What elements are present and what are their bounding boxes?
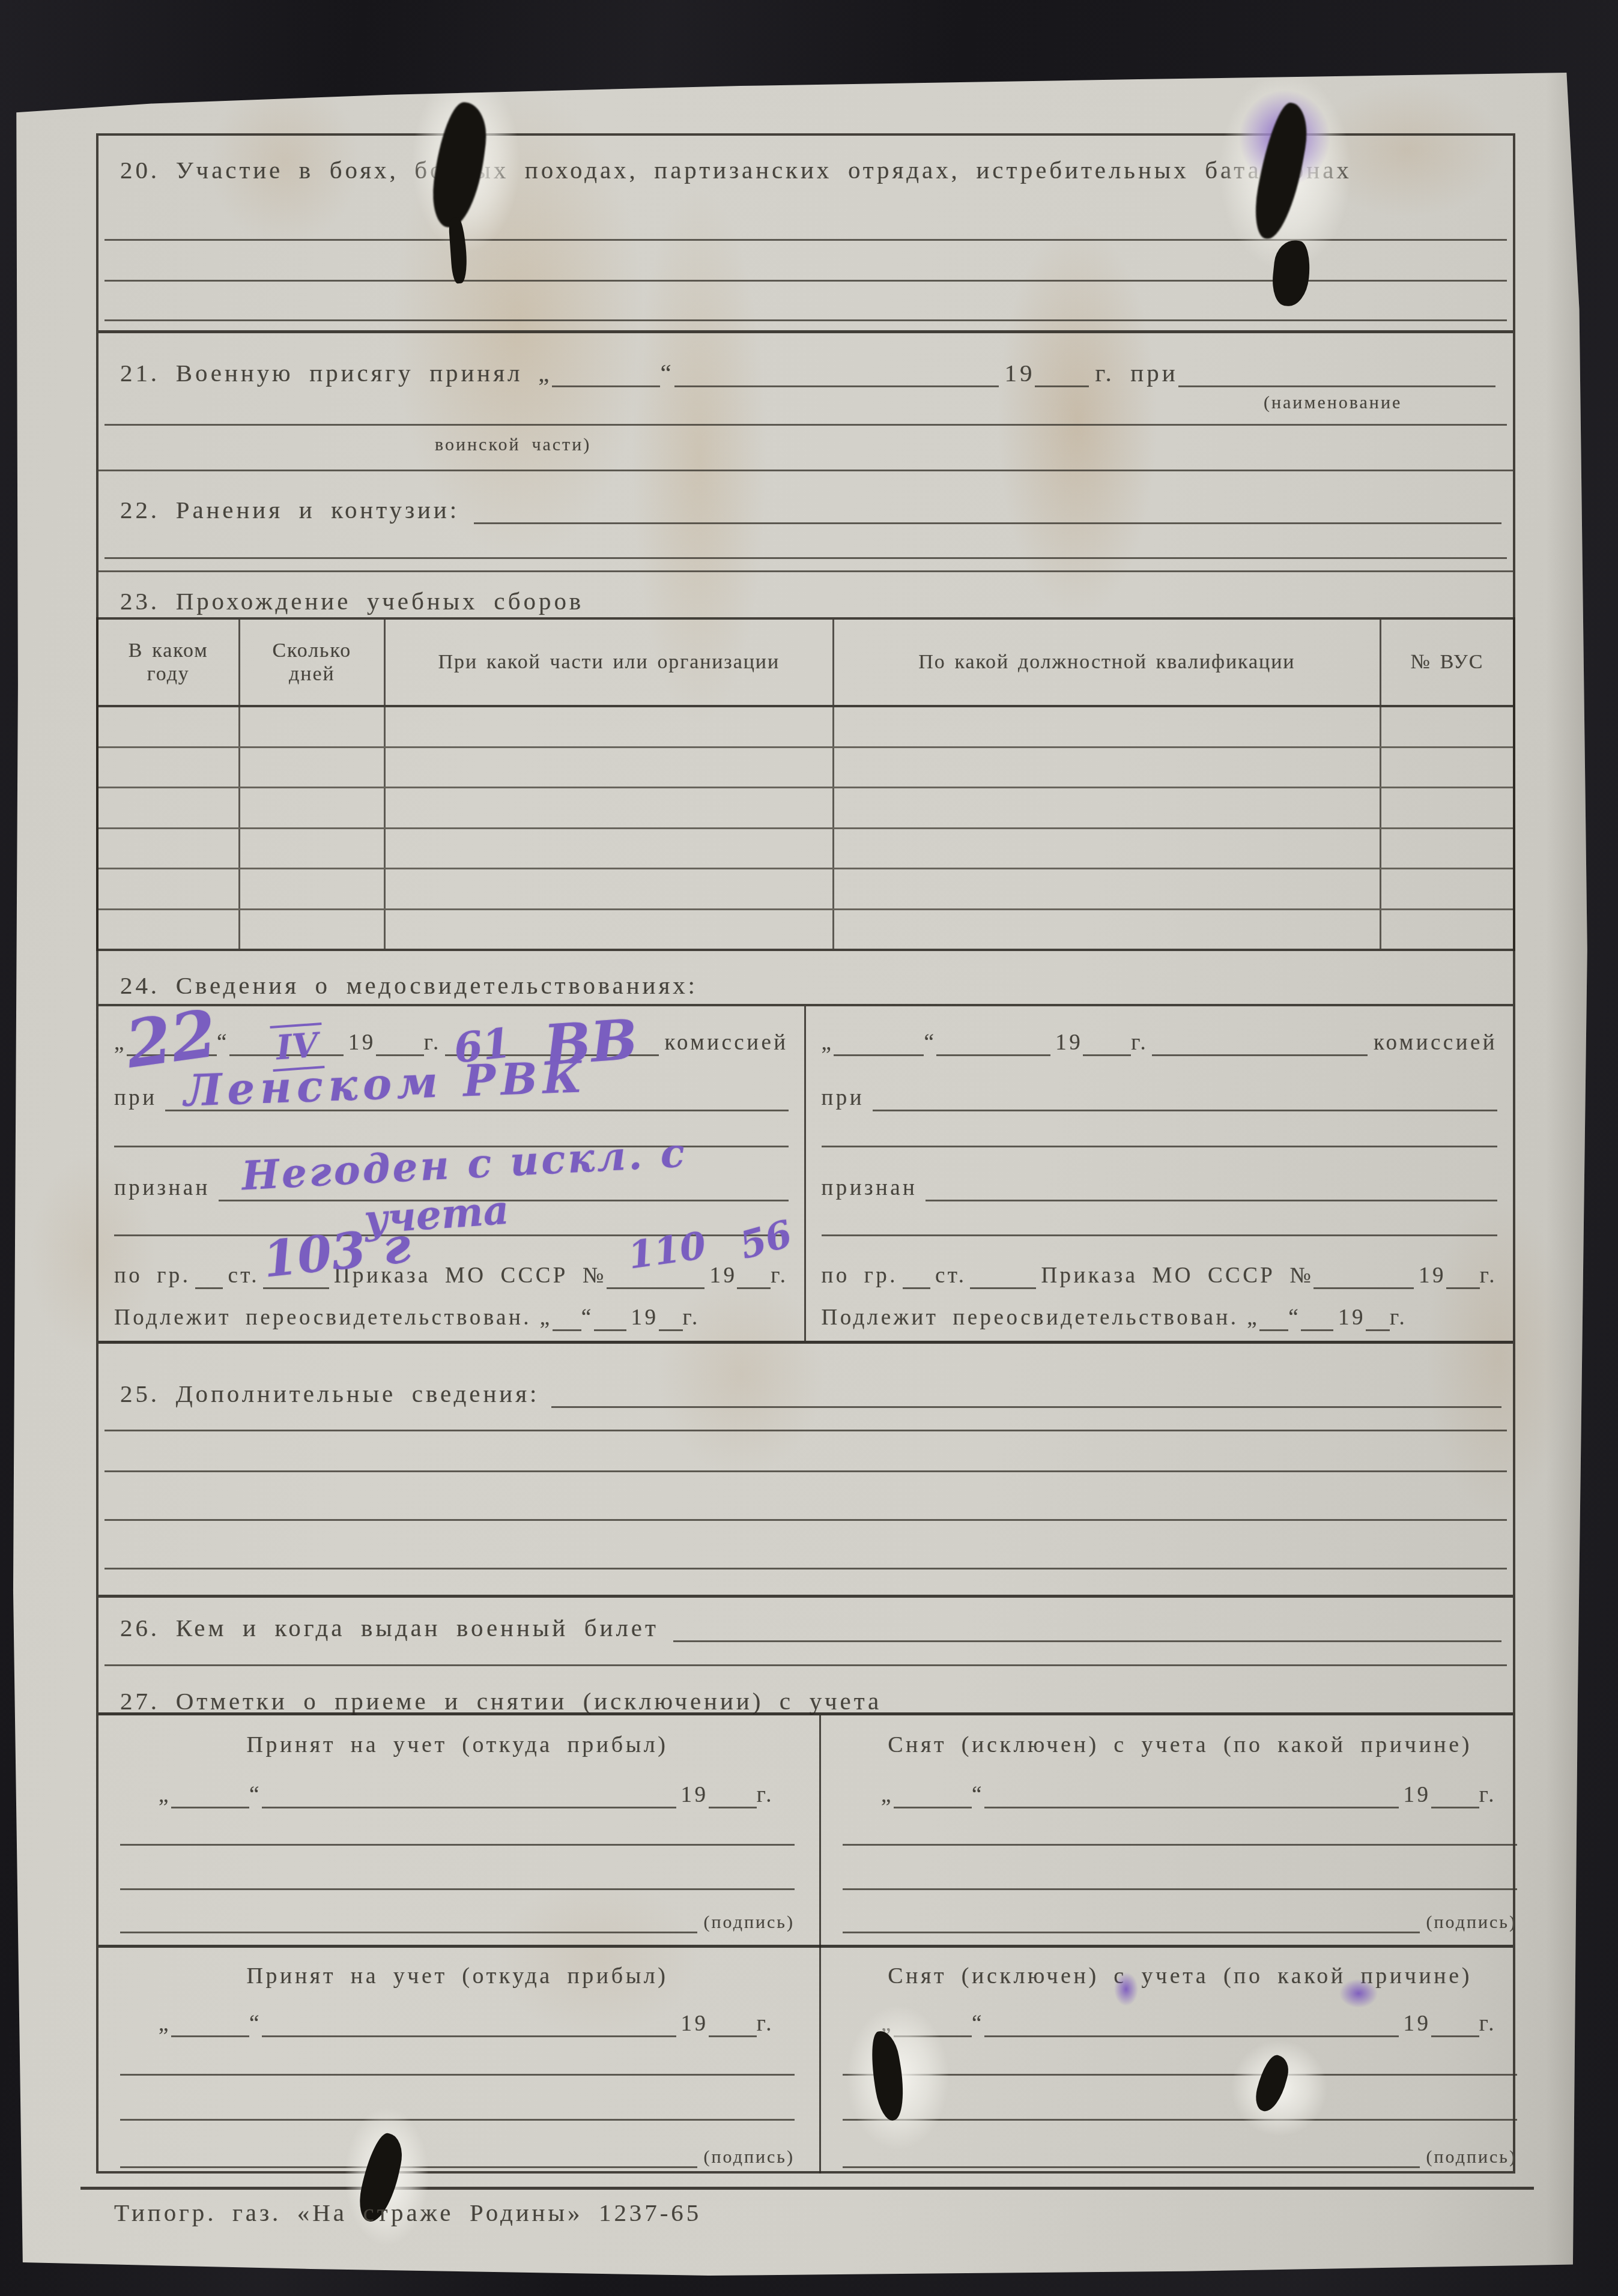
open-quote: „ [540,1305,553,1331]
close-quote: “ [1288,1305,1301,1331]
year-prefix: 19 [1055,1030,1083,1056]
accepted-header: Принят на учет (откуда прибыл) [98,1963,816,1990]
removed-header: Снят (исключен) с учета (по какой причин… [821,1963,1539,1990]
year-field [1366,1323,1390,1331]
open-quote: „ [1247,1305,1259,1331]
commission-label: комиссией [665,1030,789,1056]
podlezhit-label: Подлежит переосвидетельствован. [114,1305,532,1331]
close-quote: “ [972,2011,984,2037]
ruled-line [843,1844,1517,1846]
open-quote: „ [822,1030,834,1056]
scanned-military-form: { "tokens": { "open_quote": "„", "close_… [0,0,1618,2296]
order-year-field [1446,1281,1480,1289]
blank-field [673,1634,1501,1642]
ruled-line [120,1844,795,1846]
open-quote: „ [881,1783,894,1808]
pri-label: при [822,1086,864,1111]
commission-label: комиссией [1374,1030,1497,1056]
podlezhit-label: Подлежит переосвидетельствован. [822,1305,1239,1331]
year-prefix: 19 [1404,2011,1431,2037]
close-quote: “ [249,2011,262,2037]
blank-field [474,516,1501,524]
signature-row: (подпись) [843,1912,1517,1933]
order-no-field [1313,1281,1414,1289]
med-entry-right: „ “ 19 г. комиссией при признан [806,1006,1513,1341]
date-row: „ “ 19 г. [159,1783,774,1808]
signature-label: (подпись) [1426,1912,1517,1933]
commission-type-field [1152,1048,1368,1056]
blank-field-month [674,379,999,387]
ruled-line [843,1888,1517,1890]
ruled-line [120,2074,795,2076]
signature-row: (подпись) [120,2147,795,2168]
year-field [376,1048,424,1056]
g-label: г. [1479,1783,1497,1808]
section-26-row: 26. Кем и когда выдан военный билет [120,1614,1501,1642]
year-field [1431,2029,1479,2037]
close-quote: “ [660,359,674,387]
med-pri-row: при [822,1086,1498,1111]
signature-label: (подпись) [703,2147,795,2168]
ruled-line [105,557,1507,559]
ruled-line [98,570,1513,572]
purple-ink-mark [1111,1968,1141,2010]
open-quote: „ [538,359,552,387]
day-field [171,2029,249,2037]
med-reexam-row: Подлежит переосвидетельствован. „ “ 19 г… [822,1305,1498,1331]
ruled-line [105,1430,1507,1431]
section-divider-line [98,1595,1513,1598]
col-header-qualification: По какой должностной квалификации [834,620,1381,705]
removed-header: Снят (исключен) с учета (по какой причин… [821,1732,1539,1759]
section-27-title: 27. Отметки о приеме и снятии (исключени… [120,1687,882,1715]
ruled-line [105,1470,1507,1472]
ruled-line [105,1664,1507,1666]
day-field [553,1323,581,1331]
accepted-header: Принят на учет (откуда прибыл) [98,1732,816,1759]
signature-field [120,1926,697,1933]
year-prefix: 19 [1419,1263,1446,1289]
year-prefix: 19 [681,1783,709,1808]
med-date-row: „ “ 19 г. комиссией [822,1030,1498,1056]
signature-field [843,2160,1420,2168]
hint-naimenovanie: (наименование [1264,393,1402,414]
table-row [98,707,1513,748]
close-quote: “ [581,1305,594,1331]
med-priznan-row: признан [822,1176,1498,1201]
blank-field-year [1035,379,1089,387]
table-header-row: В каком году Сколько дней При какой част… [98,620,1513,707]
g-label: г. [424,1030,441,1056]
g-label: г. [1479,2011,1497,2037]
ruled-line [120,1888,795,1890]
g-label: г. [757,1783,774,1808]
year-prefix: 19 [348,1030,376,1056]
prikaz-label: Приказа МО СССР № [1041,1263,1313,1289]
med-order-row: по гр. ст. Приказа МО СССР № 19 г. [822,1263,1498,1289]
ruled-line [105,1568,1507,1569]
year-prefix: 19 [709,1263,737,1289]
year-field [709,1801,757,1808]
day-field [834,1048,924,1056]
hint-voinskoy-chasti: воинской части) [435,435,591,456]
date-row: „ “ 19 г. [159,2011,774,2037]
section-divider-line [98,330,1513,333]
year-prefix: 19 [1338,1305,1366,1331]
blank-field [551,1400,1501,1408]
g-label: г. [1390,1305,1407,1331]
year-field [659,1323,683,1331]
close-quote: “ [924,1030,936,1056]
table-row [98,788,1513,829]
accepted-cell-2: Принят на учет (откуда прибыл) „ “ 19 г.… [98,1948,816,2176]
signature-row: (подпись) [120,1912,795,1933]
table-row [98,829,1513,870]
col-header-unit: При какой части или организации [386,620,834,705]
month-field [984,1801,1399,1808]
po-gr-label: по гр. [114,1263,190,1289]
signature-row: (подпись) [843,2147,1517,2168]
ruled-line [105,319,1507,321]
table-row [98,869,1513,910]
month-field [936,1048,1050,1056]
day-field [1259,1323,1288,1331]
month-field [262,2029,676,2037]
month-field [984,2029,1399,2037]
section-25-label: 25. Дополнительные сведения: [120,1380,539,1408]
open-quote: „ [159,2011,171,2037]
table-row [98,748,1513,789]
g-pri-label: г. при [1095,359,1178,387]
st-label: ст. [935,1263,966,1289]
year-prefix: 19 [1404,1783,1431,1808]
section-23-title: 23. Прохождение учебных сборов [120,587,584,615]
blank-field-unit [1178,379,1496,387]
gr-field [195,1281,223,1289]
priznan-label: признан [822,1176,918,1201]
blank-field-day [552,379,660,387]
col-header-vus: № ВУС [1381,620,1513,705]
close-quote: “ [249,1783,262,1808]
priznan-label: признан [114,1176,210,1201]
section-20-label: 20. Участие в боях, боевых походах, парт… [120,156,1352,184]
st-field [970,1281,1036,1289]
section-21-label: 21. Военную присягу принял [120,359,523,387]
date-row: „ “ 19 г. [881,2011,1497,2037]
ruled-line [105,1519,1507,1521]
section-26-label: 26. Кем и когда выдан военный билет [120,1614,659,1642]
med-reexam-row: Подлежит переосвидетельствован. „ “ 19 г… [114,1305,789,1331]
year-field [1083,1048,1131,1056]
section-25-row: 25. Дополнительные сведения: [120,1380,1501,1408]
ruled-line [98,470,1513,471]
month-field [594,1323,626,1331]
col-header-days: Сколько дней [240,620,386,705]
section-22-label: 22. Ранения и контузии: [120,496,459,524]
accepted-cell-1: Принят на учет (откуда прибыл) „ “ 19 г.… [98,1715,816,1945]
year-prefix: 19 [1005,359,1035,387]
purple-ink-mark [1335,1975,1383,2011]
open-quote: „ [159,1783,171,1808]
ruled-line [120,2119,795,2121]
g-label: г. [1480,1263,1497,1289]
st-label: ст. [228,1263,259,1289]
table-row [98,910,1513,949]
ruled-line [105,424,1507,426]
ruled-line [822,1234,1498,1236]
date-row: „ “ 19 г. [881,1783,1497,1808]
month-field [262,1801,676,1808]
form-paper-sheet: 20. Участие в боях, боевых походах, парт… [8,66,1600,2276]
g-label: г. [757,2011,774,2037]
g-label: г. [771,1263,788,1289]
signature-label: (подпись) [703,1912,795,1933]
ruled-line [822,1146,1498,1147]
pri-field [873,1104,1497,1111]
typography-imprint: Типогр. газ. «На страже Родины» 1237-65 [114,2199,701,2227]
gr-field [903,1281,930,1289]
close-quote: “ [972,1783,984,1808]
col-header-year: В каком году [98,620,240,705]
g-label: г. [683,1305,700,1331]
year-field [709,2029,757,2037]
frame-bottom-second-line [80,2187,1534,2190]
g-label: г. [1131,1030,1148,1056]
day-field [171,1801,249,1808]
order-year-field [737,1281,771,1289]
year-field [1431,1801,1479,1808]
signature-field [843,1926,1420,1933]
order-no-field [607,1281,705,1289]
priznan-field [926,1194,1497,1201]
table-body [98,707,1513,949]
removed-cell-1: Снят (исключен) с учета (по какой причин… [821,1715,1539,1945]
training-camps-table: В каком году Сколько дней При какой част… [96,617,1515,951]
po-gr-label: по гр. [822,1263,898,1289]
year-prefix: 19 [631,1305,659,1331]
section-21-row: 21. Военную присягу принял „ “ 19 г. при [120,359,1495,387]
month-field [1301,1323,1333,1331]
day-field [894,1801,972,1808]
signature-label: (подпись) [1426,2147,1517,2168]
year-prefix: 19 [681,2011,709,2037]
pri-label: при [114,1086,157,1111]
section-22-row: 22. Ранения и контузии: [120,496,1501,524]
